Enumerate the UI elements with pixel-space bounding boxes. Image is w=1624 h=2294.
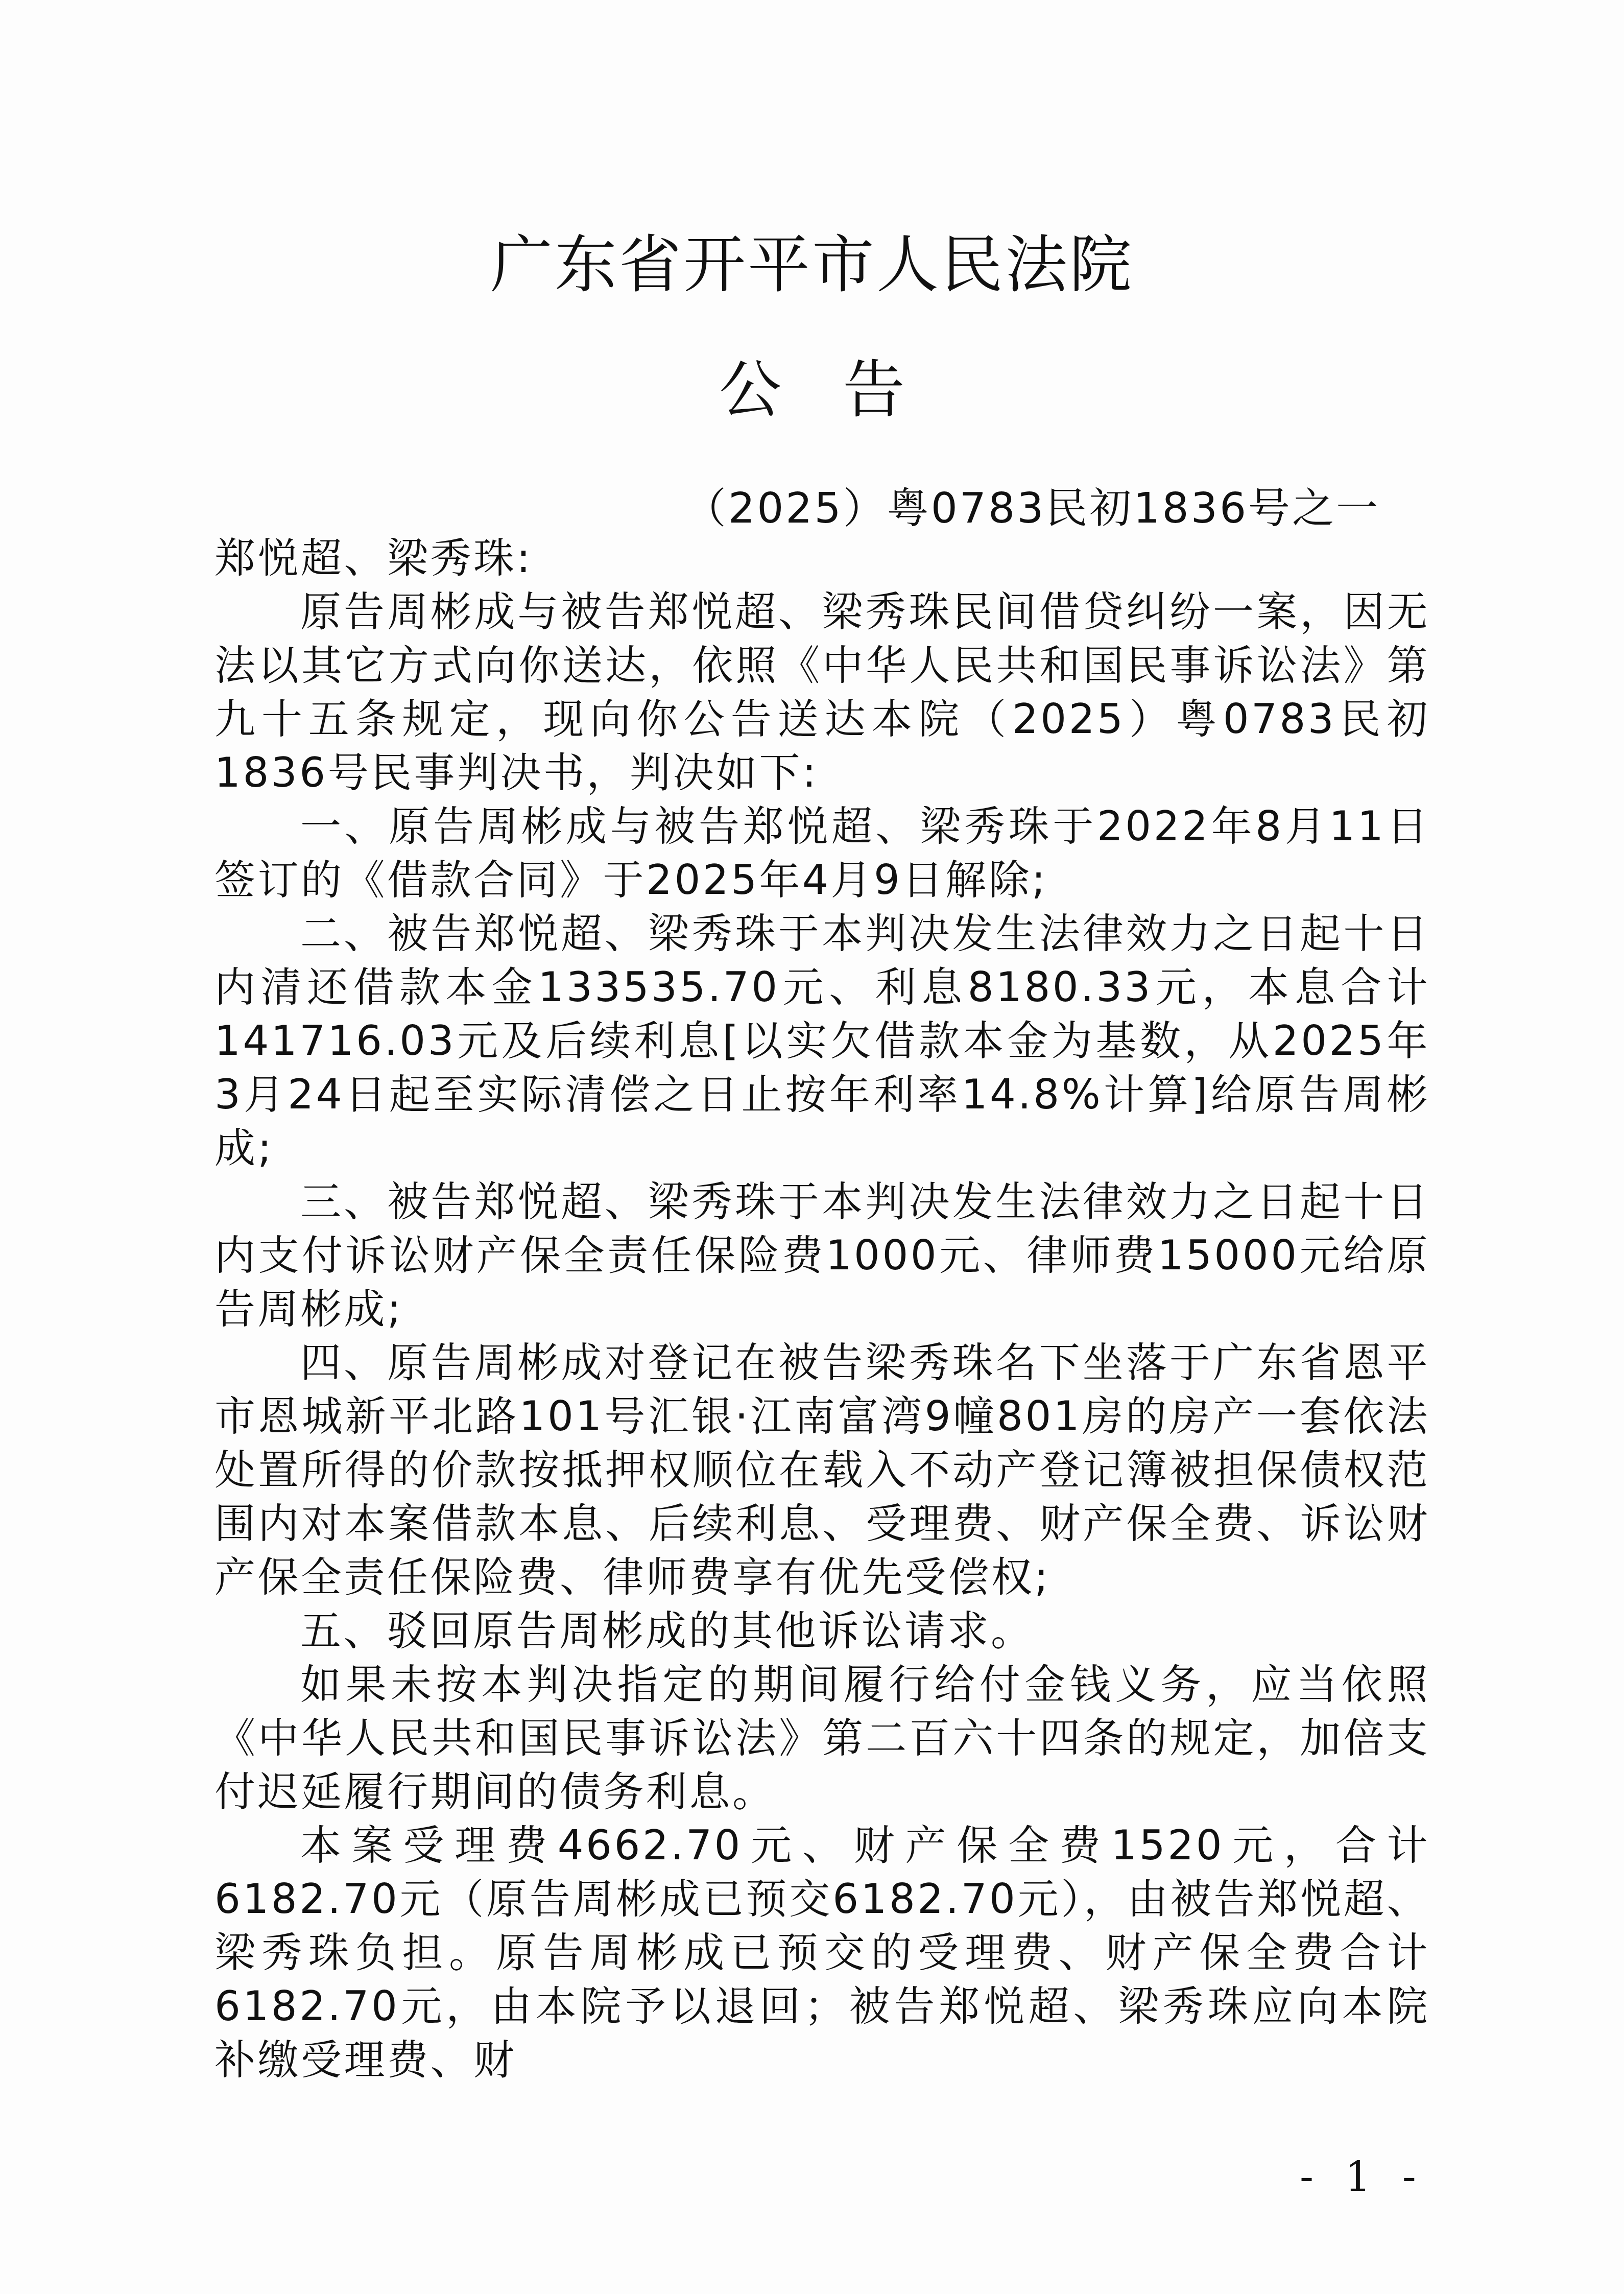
doc-type-char-2: 告 bbox=[843, 353, 905, 426]
paragraph-fees: 本案受理费4662.70元、财产保全费1520元，合计6182.70元（原告周彬… bbox=[214, 1818, 1430, 2087]
court-name-heading: 广东省开平市人民法院 bbox=[0, 215, 1624, 304]
document-type-heading: 公告 bbox=[0, 340, 1624, 429]
paragraph-ruling-4: 四、原告周彬成对登记在被告梁秀珠名下坐落于广东省恩平市恩城新平北路101号汇银·… bbox=[214, 1336, 1430, 1604]
announcement-body: 郑悦超、梁秀珠: 原告周彬成与被告郑悦超、梁秀珠民间借贷纠纷一案，因无法以其它方… bbox=[214, 531, 1430, 2087]
paragraph-late-payment: 如果未按本判决指定的期间履行给付金钱义务，应当依照《中华人民共和国民事诉讼法》第… bbox=[214, 1658, 1430, 1818]
paragraph-intro: 原告周彬成与被告郑悦超、梁秀珠民间借贷纠纷一案，因无法以其它方式向你送达，依照《… bbox=[214, 585, 1430, 799]
paragraph-ruling-3: 三、被告郑悦超、梁秀珠于本判决发生法律效力之日起十日内支付诉讼财产保全责任保险费… bbox=[214, 1175, 1430, 1336]
paragraph-ruling-2: 二、被告郑悦超、梁秀珠于本判决发生法律效力之日起十日内清还借款本金133535.… bbox=[214, 907, 1430, 1175]
paragraph-ruling-5: 五、驳回原告周彬成的其他诉讼请求。 bbox=[214, 1604, 1430, 1658]
page-number: - 1 - bbox=[1300, 2153, 1425, 2201]
document-page: 广东省开平市人民法院 公告 （2025）粤0783民初1836号之一 郑悦超、梁… bbox=[0, 0, 1624, 2294]
paragraph-ruling-1: 一、原告周彬成与被告郑悦超、梁秀珠于2022年8月11日签订的《借款合同》于20… bbox=[214, 799, 1430, 907]
case-number: （2025）粤0783民初1836号之一 bbox=[684, 475, 1380, 535]
addressee: 郑悦超、梁秀珠: bbox=[214, 531, 1430, 585]
doc-type-char-1: 公 bbox=[719, 353, 781, 426]
